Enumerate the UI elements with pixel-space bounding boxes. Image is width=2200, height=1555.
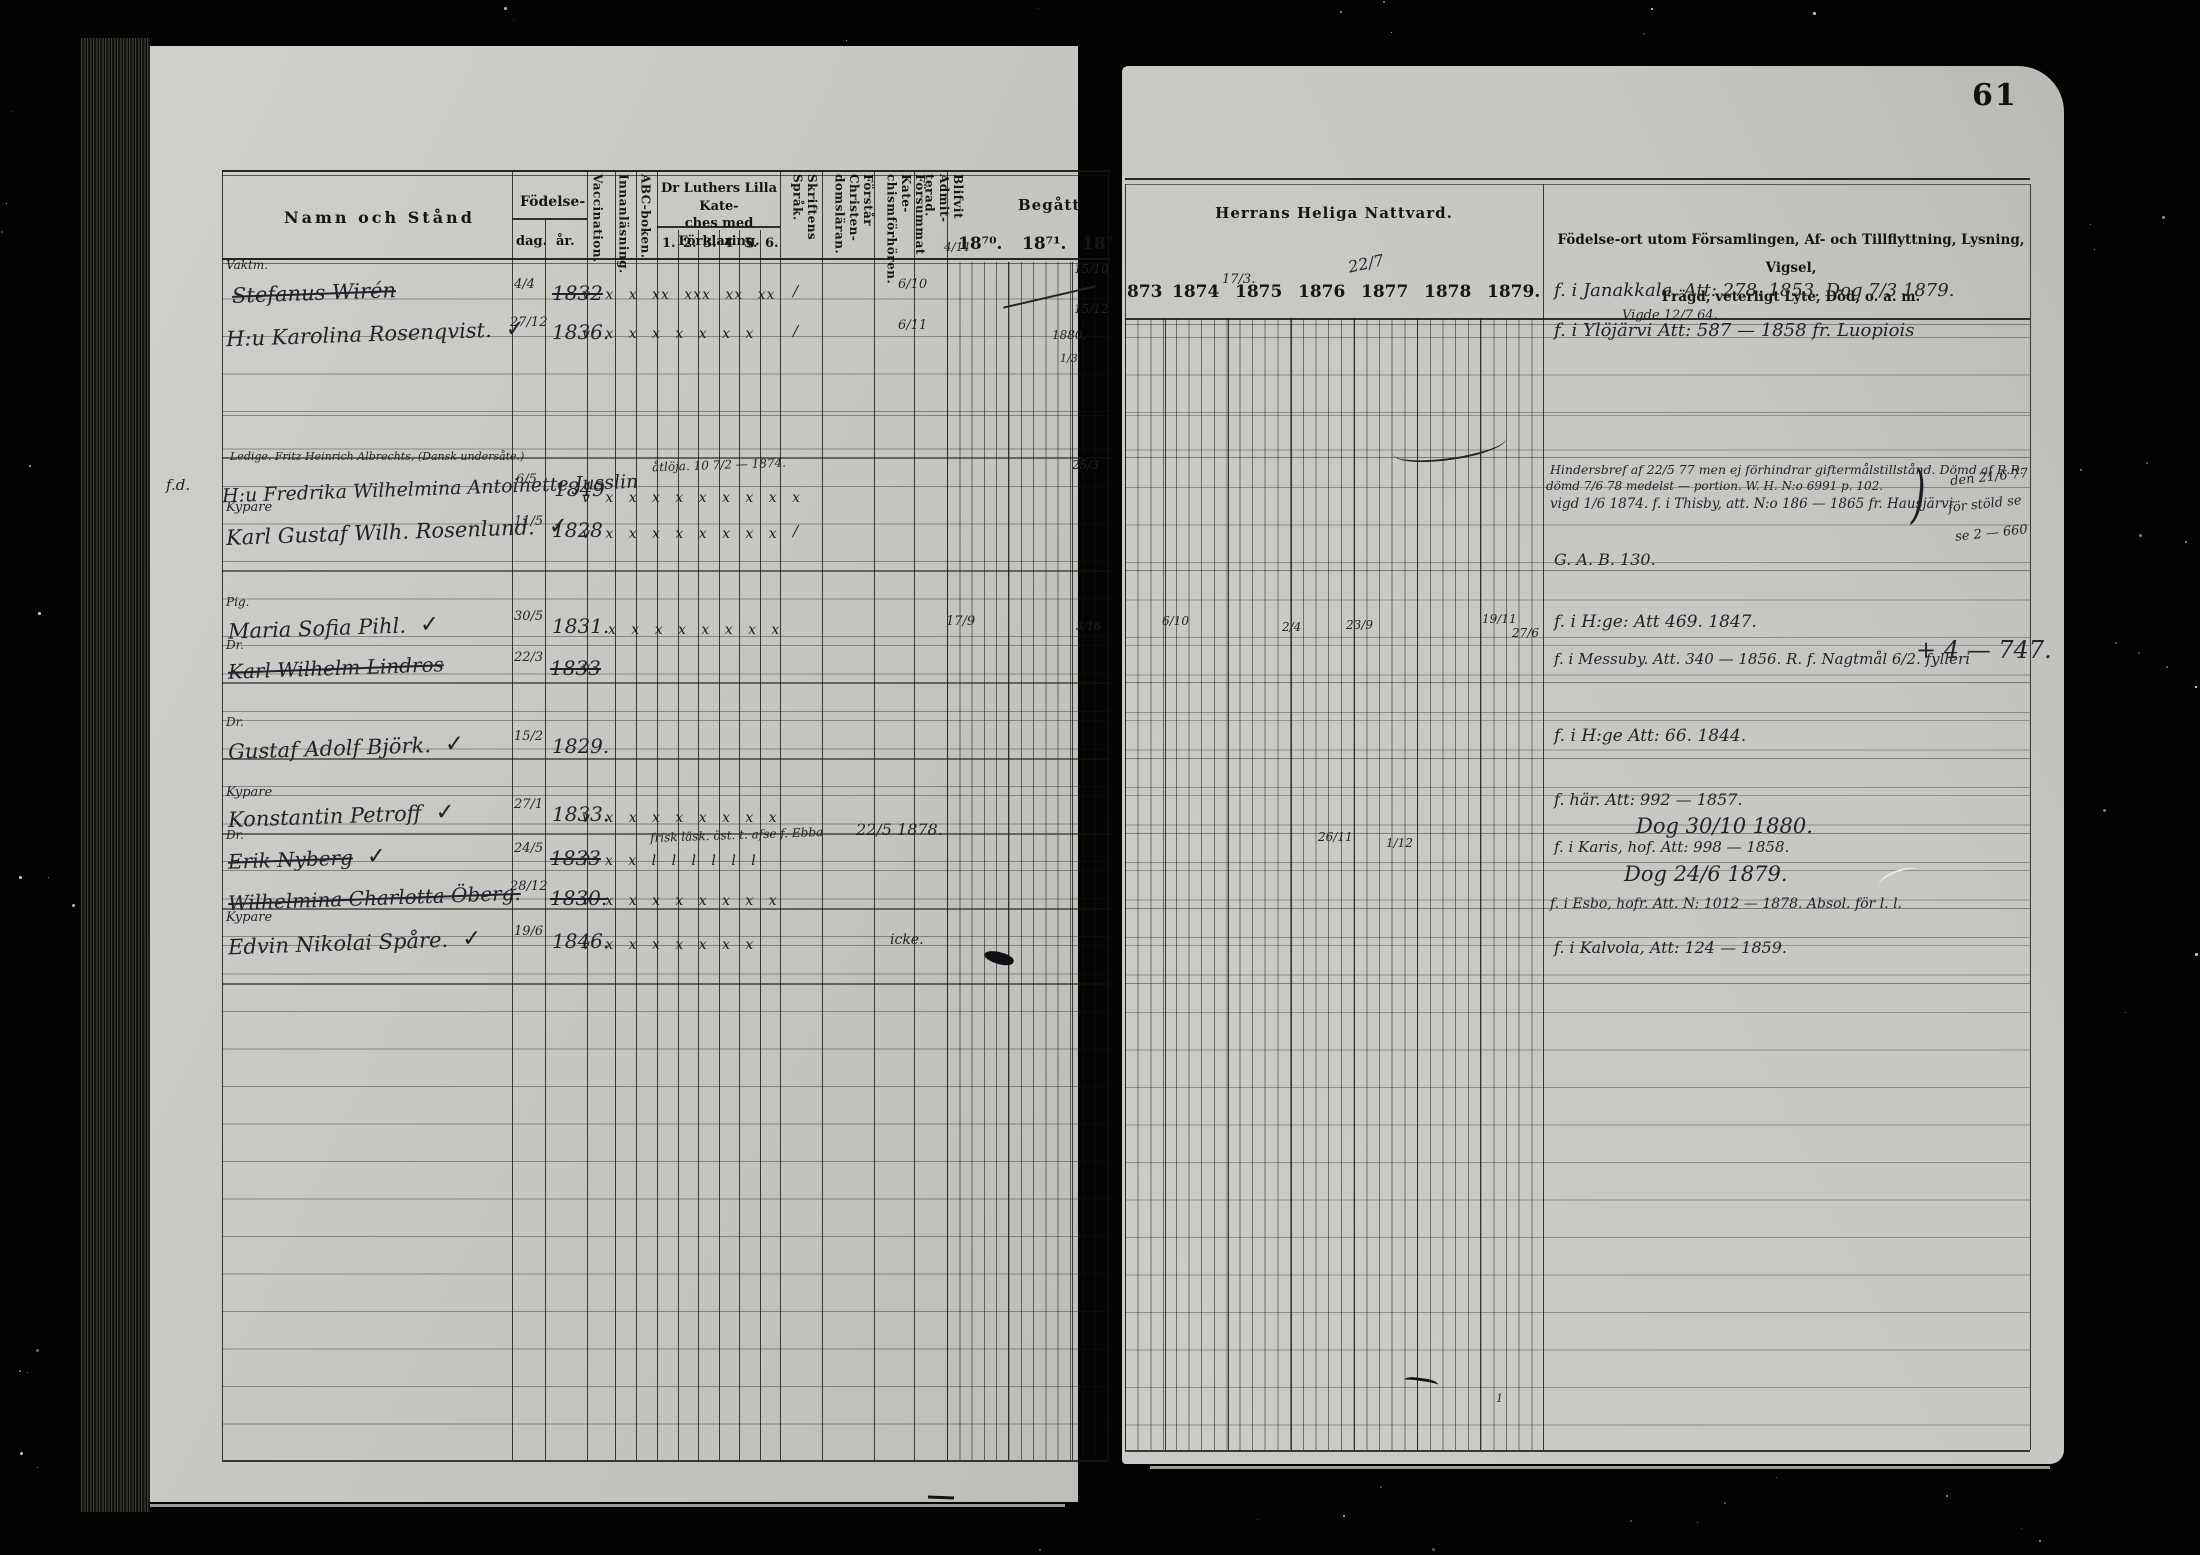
entry-marks: v xyxy=(582,660,591,676)
rule-line xyxy=(1125,1450,2030,1452)
year-subcolumns-left xyxy=(947,262,1110,1460)
rule-line xyxy=(222,170,1110,172)
speckle xyxy=(846,40,847,41)
entry-marks: v x x x x x x x xyxy=(582,937,754,953)
entry-title: Vaktm. xyxy=(226,258,268,272)
speckle xyxy=(1343,1515,1345,1517)
speckle xyxy=(1630,1520,1632,1522)
communion-date-mark: 17/3. xyxy=(1222,272,1255,287)
communion-date-mark: 17/9 xyxy=(946,614,975,629)
speckle xyxy=(36,1349,39,1352)
rule-line xyxy=(222,720,1110,721)
note: f. i Karis, hof. Att: 998 — 1858. xyxy=(1554,838,1789,856)
note: f. i Ylöjärvi Att: 587 — 1858 fr. Luopio… xyxy=(1554,320,1914,341)
entry-name: Erik Nyberg✓ xyxy=(228,843,387,875)
speckle xyxy=(27,1372,28,1373)
entry-admitted-mark: 6/10 xyxy=(898,277,927,292)
stray-mark: 1 xyxy=(1496,1392,1503,1405)
col-header-nattvard: Herrans Heliga Nattvard. xyxy=(1124,204,1544,222)
communion-date-mark: 15/12 xyxy=(1074,302,1109,316)
speckle xyxy=(19,1370,21,1372)
speckle xyxy=(6,203,7,204)
year-1877: 1877 xyxy=(1361,282,1408,302)
entry-birth-day: 27/1 xyxy=(514,797,543,812)
entry-birth-day: 15/2 xyxy=(514,729,543,744)
note: G. A. B. 130. xyxy=(1554,550,1656,569)
communion-date-mark: 4/11 xyxy=(944,240,971,254)
note: vigd 1/6 1874. f. i Thisby, att. N:o 186… xyxy=(1550,496,1953,512)
rule-line xyxy=(222,1460,1110,1462)
speckle xyxy=(1697,1522,1698,1523)
col-header-missed: Försummat Kate- chismförhören. xyxy=(884,174,927,260)
speckle xyxy=(1432,1548,1435,1551)
col-header-birth: Födelse- xyxy=(520,194,585,210)
rule-line xyxy=(222,258,1110,260)
rule-line xyxy=(1125,682,2030,683)
note: f. här. Att: 992 — 1857. xyxy=(1554,790,1743,809)
catechism-subcol-1: 1. xyxy=(662,236,676,251)
entry-title: Kypare xyxy=(226,910,272,925)
entry-birth-day: 28/12 xyxy=(510,879,547,894)
speckle xyxy=(48,877,49,878)
entry-title: Dr. xyxy=(226,715,244,729)
entry-birth-day: 27/12 xyxy=(510,315,547,330)
speckle xyxy=(1383,1,1385,3)
communion-date-mark: 6/10 xyxy=(1162,614,1189,628)
col-header-abc: ABC-boken. xyxy=(638,174,652,260)
rule-line xyxy=(1108,170,1109,1460)
rule-line xyxy=(1125,415,2030,416)
entry-birth-year: 1833 xyxy=(550,656,601,680)
speckle xyxy=(1,231,3,233)
speckle xyxy=(1946,1495,1948,1497)
speckle xyxy=(2162,216,2165,219)
entry-birth-day: 4/4 xyxy=(514,277,535,292)
year-1879: 1879. xyxy=(1487,282,1540,302)
speckle xyxy=(12,111,13,112)
year-1878: 1878 xyxy=(1424,282,1471,302)
speckle xyxy=(2115,642,2117,644)
entry-scripture-mark: / xyxy=(793,522,798,540)
communion-date-mark: 2/4 xyxy=(1282,620,1301,634)
page-stack-edge xyxy=(150,1504,1065,1507)
year-1873: 873 xyxy=(1127,282,1163,302)
rule-line xyxy=(222,645,1110,646)
entry-admitted-mark: icke. xyxy=(890,932,924,948)
entry-birth-day: 19/6 xyxy=(514,924,543,939)
speckle xyxy=(1776,1477,1777,1478)
rule-line xyxy=(1125,178,2030,180)
entry-title: Dr. xyxy=(226,828,244,842)
speckle xyxy=(2125,1012,2126,1013)
speckle xyxy=(2146,462,2148,464)
note: f. i H:ge: Att 469. 1847. xyxy=(1554,612,1757,632)
entry-title: Pig. xyxy=(226,595,249,609)
rule-line xyxy=(1125,720,2030,721)
entry-marks: v x x x x x x x x xyxy=(582,810,778,826)
communion-date-mark: 15/10 xyxy=(1074,262,1109,276)
col-header-birth-day: dag. xyxy=(516,234,547,249)
speckle xyxy=(2094,249,2095,250)
year-1876: 1876 xyxy=(1298,282,1345,302)
speckle xyxy=(29,465,31,467)
rule-line xyxy=(914,170,915,1460)
col-header-understands: Förstår Christen- domsläran. xyxy=(832,174,875,260)
rule-line xyxy=(1125,833,2030,834)
entry-title: Dr. xyxy=(226,638,244,652)
rule-line xyxy=(1125,758,2030,759)
speckle xyxy=(37,1467,38,1468)
col-header-birth-year: år. xyxy=(556,234,575,249)
speckle xyxy=(2021,1528,2022,1529)
page-number: 61 xyxy=(1972,78,2018,113)
entry-title: Kypare xyxy=(226,500,272,515)
speckle xyxy=(1340,11,1342,13)
rule-line xyxy=(512,170,513,1460)
date-mark: 22/5 1878. xyxy=(856,820,943,839)
rule-line xyxy=(947,170,948,1460)
rule-line xyxy=(1480,318,1481,1450)
col-header-name: Namn och Stånd xyxy=(284,208,475,227)
rule-line xyxy=(1008,262,1009,1460)
speckle xyxy=(504,7,507,10)
note: + 4 — 747. xyxy=(1916,636,2052,664)
rule-line xyxy=(222,175,1110,176)
entry-birth-day: 22/3 xyxy=(514,650,543,665)
speckle xyxy=(2103,809,2106,812)
entry-birth-day: 24/5 xyxy=(514,841,543,856)
note: dömd 7/6 78 medelst — portion. W. H. N:o… xyxy=(1546,479,1883,493)
speckle xyxy=(2138,652,2140,654)
speckle xyxy=(1391,32,1392,33)
speckle xyxy=(2080,469,2082,471)
rule-line xyxy=(222,170,223,1460)
note: Dog 30/10 1880. xyxy=(1636,814,1813,838)
speckle xyxy=(20,1452,23,1455)
speckle xyxy=(1038,8,1039,9)
entry-birth-year: 1829. xyxy=(552,734,609,758)
speckle xyxy=(2166,666,2168,668)
rule-line xyxy=(1543,184,1544,1450)
note: f. i Kalvola, Att: 124 — 1859. xyxy=(1554,938,1787,957)
rule-line xyxy=(2030,184,2031,1450)
book-page-edge-texture xyxy=(80,38,150,1512)
rule-line xyxy=(222,983,1110,985)
communion-date-mark: 26/11 xyxy=(1318,830,1353,844)
rule-line xyxy=(1125,184,2030,185)
speckle xyxy=(2185,541,2187,543)
note: Dog 24/6 1879. xyxy=(1624,862,1788,886)
entry-birth-day: 11/5 xyxy=(514,514,543,529)
note: f. i Messuby. Att. 340 — 1856. R. f. Nag… xyxy=(1554,650,1970,668)
entry-admitted-mark: 6/11 xyxy=(898,318,927,333)
communion-date-mark: 1/3 xyxy=(1060,352,1078,365)
rule-line xyxy=(1228,318,1229,1450)
speckle xyxy=(1643,33,1645,35)
speckle xyxy=(2039,1540,2041,1542)
entry-marks: v x x x x x x x x xyxy=(582,893,778,909)
entry-birth-year: 1831. xyxy=(552,614,609,638)
rule-line xyxy=(1125,983,2030,984)
note: f. i Janakkala, Att: 278. 1853. Dog 7/3 … xyxy=(1554,280,1954,301)
speckle xyxy=(38,612,41,615)
communion-date-mark: 27/6 xyxy=(1512,626,1539,640)
speckle xyxy=(19,876,22,879)
page-stack-edge xyxy=(1150,1466,2050,1469)
communion-date-mark: 1880. xyxy=(1052,328,1086,342)
col-header-reading: Innanläsning. xyxy=(616,174,630,260)
scanned-parish-register: Namn och Stånd Födelse- dag. år. Vaccina… xyxy=(0,0,2200,1555)
communion-date-mark: 23/9 xyxy=(1346,618,1373,632)
speckle xyxy=(72,904,75,907)
entry-marks: v x x xx xxx xx xx xyxy=(582,287,775,303)
note: f. i Esbo, hofr. Att. N: 1012 — 1878. Ab… xyxy=(1550,896,1902,912)
rule-line xyxy=(222,570,1110,572)
entry-marks: v x x x x x x x x x xyxy=(582,490,801,506)
catechism-subcol-5: 5. xyxy=(744,236,758,251)
entry-marks: ? x x l l l l l l xyxy=(582,853,757,869)
col-header-scripture: Skriftens Språk. xyxy=(790,174,819,260)
rule-line xyxy=(222,263,1110,264)
speckle xyxy=(2139,534,2142,537)
col-header-catechism: Dr Luthers Lilla Kate- ches med Förklari… xyxy=(657,180,781,250)
entry-marks: v x x x x x x x x xyxy=(582,526,778,542)
speckle xyxy=(1380,1486,1382,1488)
rule-line xyxy=(1165,318,1166,1450)
rule-line xyxy=(1417,318,1418,1450)
rule-line xyxy=(1125,184,1126,1450)
rule-line xyxy=(822,170,823,1460)
rule-line xyxy=(874,170,875,1460)
speckle xyxy=(1724,1502,1726,1504)
note: f. i H:ge Att: 66. 1844. xyxy=(1554,726,1746,746)
rule-line xyxy=(222,415,1110,416)
rule-line xyxy=(780,170,781,1460)
catechism-subcol-3: 3. xyxy=(703,236,717,251)
catechism-subcol-6: 6. xyxy=(765,236,779,251)
entry-title: Kypare xyxy=(226,785,272,800)
communion-date-mark: 25/3 xyxy=(1072,458,1099,472)
speckle xyxy=(2195,953,2198,956)
entry-scripture-mark: / xyxy=(793,282,798,300)
rule-line xyxy=(1125,570,2030,571)
entry-birth-day: 6/5 xyxy=(516,472,537,487)
entry-scripture-mark: / xyxy=(793,322,798,340)
speckle xyxy=(1039,1549,1041,1551)
catechism-subcol-2: 2. xyxy=(683,236,697,251)
speckle xyxy=(1813,12,1816,15)
speckle xyxy=(1651,8,1653,10)
col-header-vaccination: Vaccination. xyxy=(590,174,604,260)
entry-marks: v x x x x x x x xyxy=(582,326,754,342)
year-1871: 18⁷¹. xyxy=(1022,234,1066,254)
speckle xyxy=(2090,224,2091,225)
entry-margin-note: f.d. xyxy=(166,476,190,494)
speckle xyxy=(2195,686,2197,688)
year-1872: 18⁷ xyxy=(1082,234,1113,254)
year-1874: 1874 xyxy=(1172,282,1219,302)
communion-date-mark: 19/11 xyxy=(1482,612,1517,626)
rule-line xyxy=(1072,262,1073,1460)
rule-line xyxy=(545,220,546,1460)
rule-line xyxy=(1125,457,2030,458)
communion-date-mark: 1/12 xyxy=(1386,836,1413,850)
rule-line xyxy=(222,795,1110,796)
rule-line xyxy=(1354,318,1355,1450)
rule-line xyxy=(512,218,587,220)
speckle xyxy=(513,19,514,20)
entry-pre-note: Ledige. Fritz Heinrich Albrechts, (Dansk… xyxy=(230,450,524,463)
entry-birth-day: 30/5 xyxy=(514,609,543,624)
rule-line xyxy=(1291,318,1292,1450)
catechism-subcol-4: 4 xyxy=(724,236,733,251)
communion-date-mark: 3/16 xyxy=(1076,620,1101,633)
speckle xyxy=(1257,1519,1258,1520)
rule-line xyxy=(1125,645,2030,646)
entry-marks: x x x x x x x x xyxy=(608,622,780,638)
col-header-begatt: Begått xyxy=(1018,196,1080,214)
rule-line xyxy=(222,682,1110,684)
